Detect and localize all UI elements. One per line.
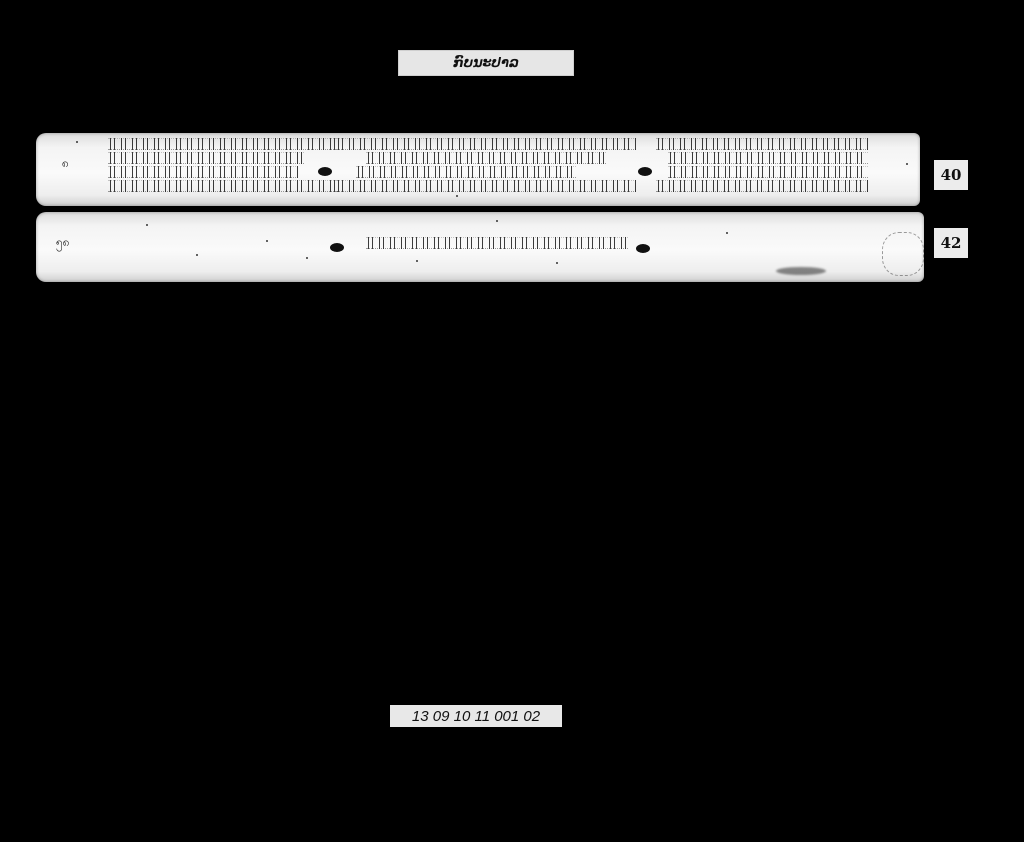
leaf-margin-numeral: ၈ [62,155,69,173]
script-line [108,180,338,192]
page-number-tag-40: 40 [934,160,968,190]
script-line [356,166,576,178]
binding-hole [318,167,332,176]
script-line [656,138,868,150]
script-line [336,138,636,150]
manuscript-title-label: ກົບນະປາລ [398,50,574,76]
palm-leaf-1: ၈ [36,133,920,206]
script-text-block-center [366,237,631,249]
leaf-stain [882,232,924,276]
script-line [668,166,868,178]
script-line [108,166,298,178]
script-line [108,152,304,164]
script-line [336,180,636,192]
binding-hole [330,243,344,252]
page-number-tag-42: 42 [934,228,968,258]
palm-leaf-2: ၅၈ [36,212,924,282]
script-line [366,237,628,249]
script-line [366,152,606,164]
script-line [656,180,868,192]
binding-hole [636,244,650,253]
script-text-block-left [108,138,338,192]
script-line [108,138,336,150]
leaf-margin-numeral: ၅၈ [56,234,70,252]
ink-smudge [776,267,826,275]
binding-hole [638,167,652,176]
archive-reference-label: 13 09 10 11 001 02 [390,705,562,727]
script-text-block-right [656,138,871,192]
script-line [668,152,868,164]
script-text-block-middle [336,138,636,192]
